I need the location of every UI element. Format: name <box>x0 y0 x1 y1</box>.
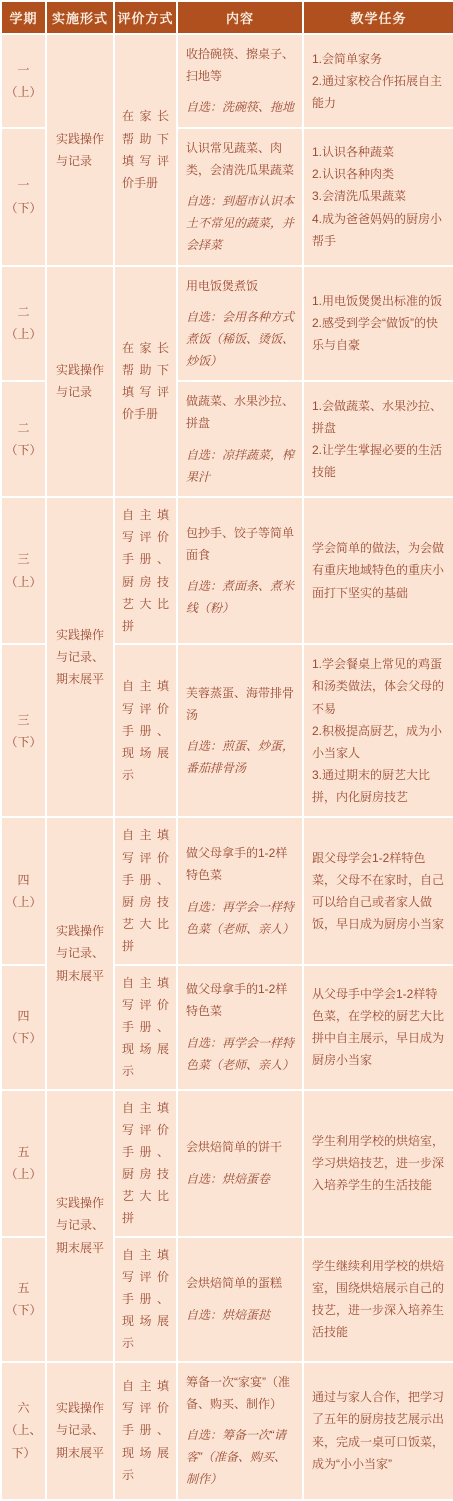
content-main: 做父母拿手的1-2样特色菜 <box>186 842 294 886</box>
cell-tasks-2u: 1.用电饭煲煲出标准的饭 2.感受到学会“做饭”的快乐与自豪 <box>303 266 453 382</box>
cell-content-3u: 包抄手、饺子等简单面食 自选：煮面条、煮米线（粉） <box>177 497 303 644</box>
cell-tasks-4u: 跟父母学会1-2样特色菜，父母不在家时，自己可以给自己或者家人做饭，早日成为厨房… <box>303 817 453 964</box>
content-main: 芙蓉蒸蛋、海带排骨汤 <box>186 682 294 726</box>
content-optional: 自选：凉拌蔬菜，榨果汁 <box>186 444 294 488</box>
cell-semester-3d: 三 （下） <box>1 644 46 817</box>
cell-form-grade6: 实践操作与记录、期末展平 <box>46 1362 114 1500</box>
cell-semester-1d: 一 （下） <box>1 128 46 266</box>
content-main: 会烘焙简单的饼干 <box>186 1136 294 1158</box>
cell-eval-3d: 自主填写评价手册、现场展示 <box>114 644 177 817</box>
cell-semester-5d: 五 （下） <box>1 1237 46 1362</box>
cell-eval-6: 自主填写评价手册、现场展示 <box>114 1362 177 1500</box>
content-optional: 自选：再学会一样特色菜（老师、亲人） <box>186 1032 294 1076</box>
cell-eval-grade1: 在家长帮助下填写评价手册 <box>114 34 177 266</box>
cell-semester-2u: 二 （上） <box>1 266 46 382</box>
cell-semester-1u: 一 （上） <box>1 34 46 128</box>
content-main: 做蔬菜、水果沙拉、拼盘 <box>186 390 294 434</box>
cell-tasks-6: 通过与家人合作，把学习了五年的厨房技艺展示出来，完成一桌可口饭菜，成为“小小当家… <box>303 1362 453 1500</box>
header-row: 学期 实施形式 评价方式 内容 教学任务 <box>1 1 453 34</box>
table-row-5u: 五 （上） 实践操作与记录、期末展平 自主填写评价手册、厨房技艺大比拼 会烘焙简… <box>1 1090 453 1237</box>
cell-form-grade3: 实践操作与记录、期末展平 <box>46 497 114 817</box>
cell-eval-4u: 自主填写评价手册、厨房技艺大比拼 <box>114 817 177 964</box>
content-optional: 自选：再学会一样特色菜（老师、亲人） <box>186 896 294 940</box>
cell-semester-2d: 二 （下） <box>1 381 46 497</box>
cell-semester-6: 六 （上、 下） <box>1 1362 46 1500</box>
content-optional: 自选：到超市认识本土不常见的蔬菜，并会择菜 <box>186 190 294 257</box>
cell-form-grade1: 实践操作与记录 <box>46 34 114 266</box>
content-optional: 自选：洗碗筷、拖地 <box>186 96 294 118</box>
content-main: 做父母拿手的1-2样特色菜 <box>186 978 294 1022</box>
cell-content-6: 筹备一次“家宴”（准备、购买、制作） 自选：筹备一次“请客”（准备、购买、制作） <box>177 1362 303 1500</box>
table-row-6: 六 （上、 下） 实践操作与记录、期末展平 自主填写评价手册、现场展示 筹备一次… <box>1 1362 453 1500</box>
table-row-1u: 一 （上） 实践操作与记录 在家长帮助下填写评价手册 收拾碗筷、擦桌子、扫地等 … <box>1 34 453 128</box>
cell-tasks-3u: 学会简单的做法，为会做有重庆地域特色的重庆小面打下坚实的基础 <box>303 497 453 644</box>
cell-tasks-1u: 1.会简单家务 2.通过家校合作拓展自主能力 <box>303 34 453 128</box>
content-optional: 自选：会用各种方式煮饭（稀饭、烫饭、炒饭） <box>186 306 294 373</box>
cell-tasks-5d: 学生继续利用学校的烘焙室，围绕烘焙展示自己的技艺，进一步深入培养生活技能 <box>303 1237 453 1362</box>
content-main: 包抄手、饺子等简单面食 <box>186 522 294 566</box>
cell-eval-5u: 自主填写评价手册、厨房技艺大比拼 <box>114 1090 177 1237</box>
cell-content-1d: 认识常见蔬菜、肉类，会清洗瓜果蔬菜 自选：到超市认识本土不常见的蔬菜，并会择菜 <box>177 128 303 266</box>
cell-eval-5d: 自主填写评价手册、现场展示 <box>114 1237 177 1362</box>
table-row-4u: 四 （上） 实践操作与记录、期末展平 自主填写评价手册、厨房技艺大比拼 做父母拿… <box>1 817 453 964</box>
content-optional: 自选：烘焙蛋挞 <box>186 1304 294 1326</box>
cell-content-1u: 收拾碗筷、擦桌子、扫地等 自选：洗碗筷、拖地 <box>177 34 303 128</box>
cell-content-2d: 做蔬菜、水果沙拉、拼盘 自选：凉拌蔬菜，榨果汁 <box>177 381 303 497</box>
col-header-content: 内容 <box>177 1 303 34</box>
cell-tasks-3d: 1.学会餐桌上常见的鸡蛋和汤类做法，体会父母的不易 2.积极提高厨艺，成为小小当… <box>303 644 453 817</box>
col-header-eval: 评价方式 <box>114 1 177 34</box>
cell-semester-3u: 三 （上） <box>1 497 46 644</box>
col-header-task: 教学任务 <box>303 1 453 34</box>
cell-tasks-2d: 1.会做蔬菜、水果沙拉、拼盘 2.让学生掌握必要的生活技能 <box>303 381 453 497</box>
cell-form-grade4: 实践操作与记录、期末展平 <box>46 817 114 1089</box>
cell-content-4d: 做父母拿手的1-2样特色菜 自选：再学会一样特色菜（老师、亲人） <box>177 965 303 1090</box>
col-header-form: 实施形式 <box>46 1 114 34</box>
cell-semester-5u: 五 （上） <box>1 1090 46 1237</box>
cell-content-5u: 会烘焙简单的饼干 自选：烘焙蛋卷 <box>177 1090 303 1237</box>
table-row-2u: 二 （上） 实践操作与记录 在家长帮助下填写评价手册 用电饭煲煮饭 自选：会用各… <box>1 266 453 382</box>
cell-eval-4d: 自主填写评价手册、现场展示 <box>114 965 177 1090</box>
content-optional: 自选：筹备一次“请客”（准备、购买、制作） <box>186 1424 294 1491</box>
cell-form-grade2: 实践操作与记录 <box>46 266 114 498</box>
cell-eval-grade2: 在家长帮助下填写评价手册 <box>114 266 177 498</box>
content-optional: 自选：烘焙蛋卷 <box>186 1168 294 1190</box>
cell-tasks-4d: 从父母手中学会1-2样特色菜，在学校的厨艺大比拼中自主展示，早日成为厨房小当家 <box>303 965 453 1090</box>
content-optional: 自选：煎蛋、炒蛋，番茄排骨汤 <box>186 735 294 779</box>
cell-semester-4u: 四 （上） <box>1 817 46 964</box>
cell-eval-3u: 自主填写评价手册、厨房技艺大比拼 <box>114 497 177 644</box>
cell-content-5d: 会烘焙简单的蛋糕 自选：烘焙蛋挞 <box>177 1237 303 1362</box>
content-main: 用电饭煲煮饭 <box>186 275 294 297</box>
content-main: 收拾碗筷、擦桌子、扫地等 <box>186 43 294 87</box>
table-row-3u: 三 （上） 实践操作与记录、期末展平 自主填写评价手册、厨房技艺大比拼 包抄手、… <box>1 497 453 644</box>
content-main: 筹备一次“家宴”（准备、购买、制作） <box>186 1371 294 1415</box>
cell-tasks-1d: 1.认识各种蔬菜 2.认识各种肉类 3.会清洗瓜果蔬菜 4.成为爸爸妈妈的厨房小… <box>303 128 453 266</box>
curriculum-table: 学期 实施形式 评价方式 内容 教学任务 一 （上） 实践操作与记录 在家长帮助… <box>0 0 453 1501</box>
content-main: 认识常见蔬菜、肉类，会清洗瓜果蔬菜 <box>186 137 294 181</box>
cell-form-grade5: 实践操作与记录、期末展平 <box>46 1090 114 1362</box>
cell-content-3d: 芙蓉蒸蛋、海带排骨汤 自选：煎蛋、炒蛋，番茄排骨汤 <box>177 644 303 817</box>
cell-content-4u: 做父母拿手的1-2样特色菜 自选：再学会一样特色菜（老师、亲人） <box>177 817 303 964</box>
cell-content-2u: 用电饭煲煮饭 自选：会用各种方式煮饭（稀饭、烫饭、炒饭） <box>177 266 303 382</box>
cell-semester-4d: 四 （下） <box>1 965 46 1090</box>
content-main: 会烘焙简单的蛋糕 <box>186 1272 294 1294</box>
cell-tasks-5u: 学生利用学校的烘焙室，学习烘焙技艺，进一步深入培养学生的生活技能 <box>303 1090 453 1237</box>
col-header-semester: 学期 <box>1 1 46 34</box>
content-optional: 自选：煮面条、煮米线（粉） <box>186 575 294 619</box>
